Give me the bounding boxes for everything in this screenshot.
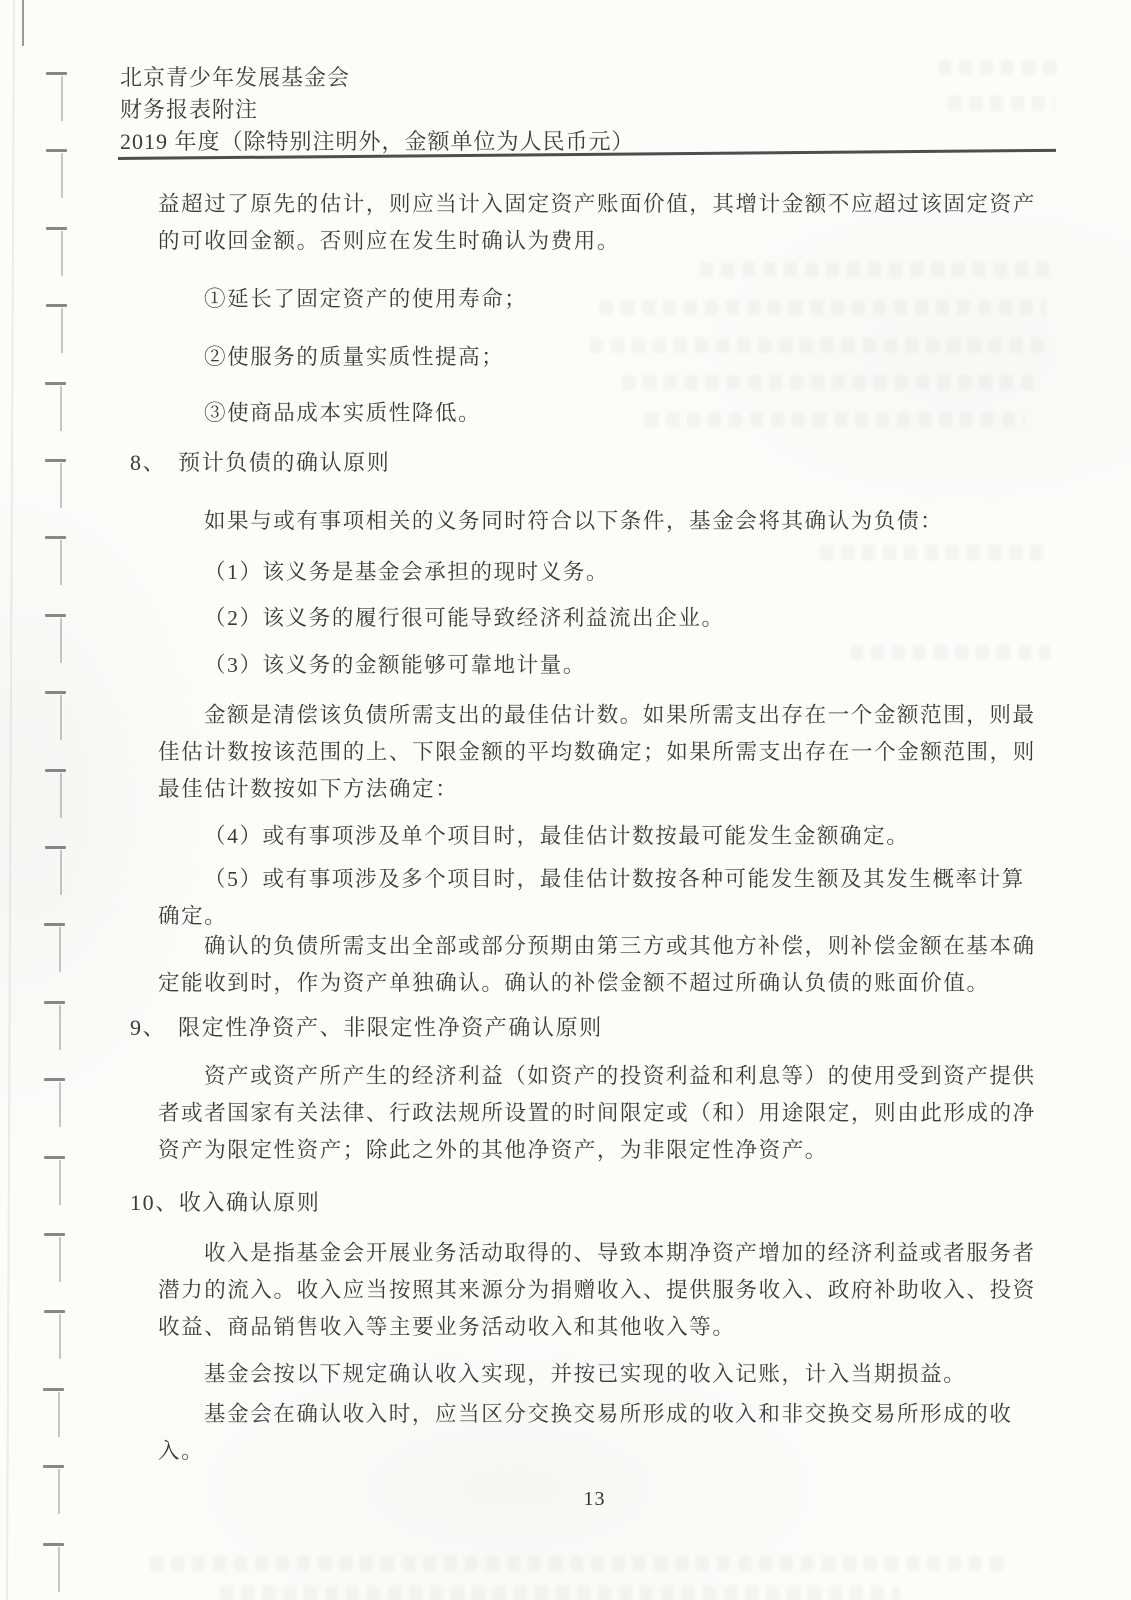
body-paragraph: 基金会在确认收入时，应当区分交换交易所形成的收入和非交换交易所形成的收 入。 [158, 1396, 1108, 1470]
binding-mark [43, 1388, 67, 1440]
binding-mark [46, 72, 70, 124]
binding-mark [44, 1156, 68, 1208]
binding-mark [45, 769, 69, 821]
header-doc-title: 财务报表附注 [120, 96, 258, 124]
section-heading: 8、预计负债的确认原则 [130, 446, 1080, 480]
binding-mark [45, 691, 69, 743]
binding-mark [43, 1543, 67, 1595]
body-paragraph: 收入是指基金会开展业务活动取得的、导致本期净资产增加的经济利益或者服务者 潜力的… [158, 1235, 1108, 1346]
scan-edge-line [6, 0, 15, 1600]
body-paragraph: 益超过了原先的估计，则应当计入固定资产账面价值，其增计金额不应超过该固定资产 的… [158, 186, 1108, 260]
binding-mark [45, 614, 69, 666]
bleed-through-artifact [150, 1556, 1010, 1571]
binding-mark [45, 536, 69, 588]
body-paragraph: 确认的负债所需支出全部或部分预期由第三方或其他方补偿，则补偿金额在基本确 定能收… [158, 928, 1108, 1002]
section-title: 限定性净资产、非限定性净资产确认原则 [178, 1015, 603, 1040]
binding-mark [44, 1310, 68, 1362]
body-paragraph: 基金会按以下规定确认收入实现，并按已实现的收入记账，计入当期损益。 [158, 1356, 1108, 1393]
binding-mark [44, 923, 68, 975]
list-item: ③使商品成本实质性降低。 [158, 395, 1108, 432]
list-item: （5）或有事项涉及多个项目时，最佳估计数按各种可能发生额及其发生概率计算 确定。 [158, 861, 1108, 935]
list-item: （3）该义务的金额能够可靠地计量。 [158, 647, 1108, 684]
binding-mark [44, 1233, 68, 1285]
body-paragraph: 资产或资产所产生的经济利益（如资产的投资利益和利息等）的使用受到资产提供 者或者… [158, 1058, 1108, 1169]
binding-mark [45, 382, 69, 434]
binding-mark [46, 304, 70, 356]
section-title: 收入确认原则 [179, 1190, 321, 1215]
section-number: 9、 [130, 1011, 178, 1045]
body-paragraph: 如果与或有事项相关的义务同时符合以下条件，基金会将其确认为负债： [158, 503, 1108, 540]
list-item: （1）该义务是基金会承担的现时义务。 [158, 554, 1108, 591]
section-heading: 10、收入确认原则 [130, 1186, 1080, 1220]
binding-mark [45, 846, 69, 898]
page-number: 13 [0, 1488, 1131, 1511]
bleed-through-artifact [700, 262, 1050, 277]
section-title: 预计负债的确认原则 [178, 450, 390, 475]
list-item: （4）或有事项涉及单个项目时，最佳估计数按最可能发生金额确定。 [158, 818, 1108, 855]
bleed-through-artifact [938, 60, 1056, 75]
header-period-note: 2019 年度（除特别注明外，金额单位为人民币元） [120, 128, 635, 156]
section-number: 10、 [130, 1186, 179, 1220]
binding-mark [46, 149, 70, 201]
list-item: ①延长了固定资产的使用寿命； [158, 281, 1108, 318]
binding-mark [45, 459, 69, 511]
body-paragraph: 金额是清偿该负债所需支出的最佳估计数。如果所需支出存在一个金额范围，则最 佳估计… [158, 697, 1108, 808]
bleed-through-artifact [220, 1586, 900, 1600]
list-item: （2）该义务的履行很可能导致经济利益流出企业。 [158, 600, 1108, 637]
binding-mark [46, 227, 70, 279]
section-number: 8、 [130, 446, 178, 480]
section-heading: 9、限定性净资产、非限定性净资产确认原则 [130, 1011, 1080, 1045]
binding-mark [44, 1001, 68, 1053]
binding-mark [44, 1078, 68, 1130]
header-org-name: 北京青少年发展基金会 [120, 64, 350, 92]
scanned-document-page: 北京青少年发展基金会 财务报表附注 2019 年度（除特别注明外，金额单位为人民… [0, 0, 1131, 1600]
list-item: ②使服务的质量实质性提高； [158, 339, 1108, 376]
bleed-through-artifact [622, 375, 1042, 390]
binding-mark [22, 0, 24, 46]
bleed-through-artifact [948, 96, 1056, 111]
